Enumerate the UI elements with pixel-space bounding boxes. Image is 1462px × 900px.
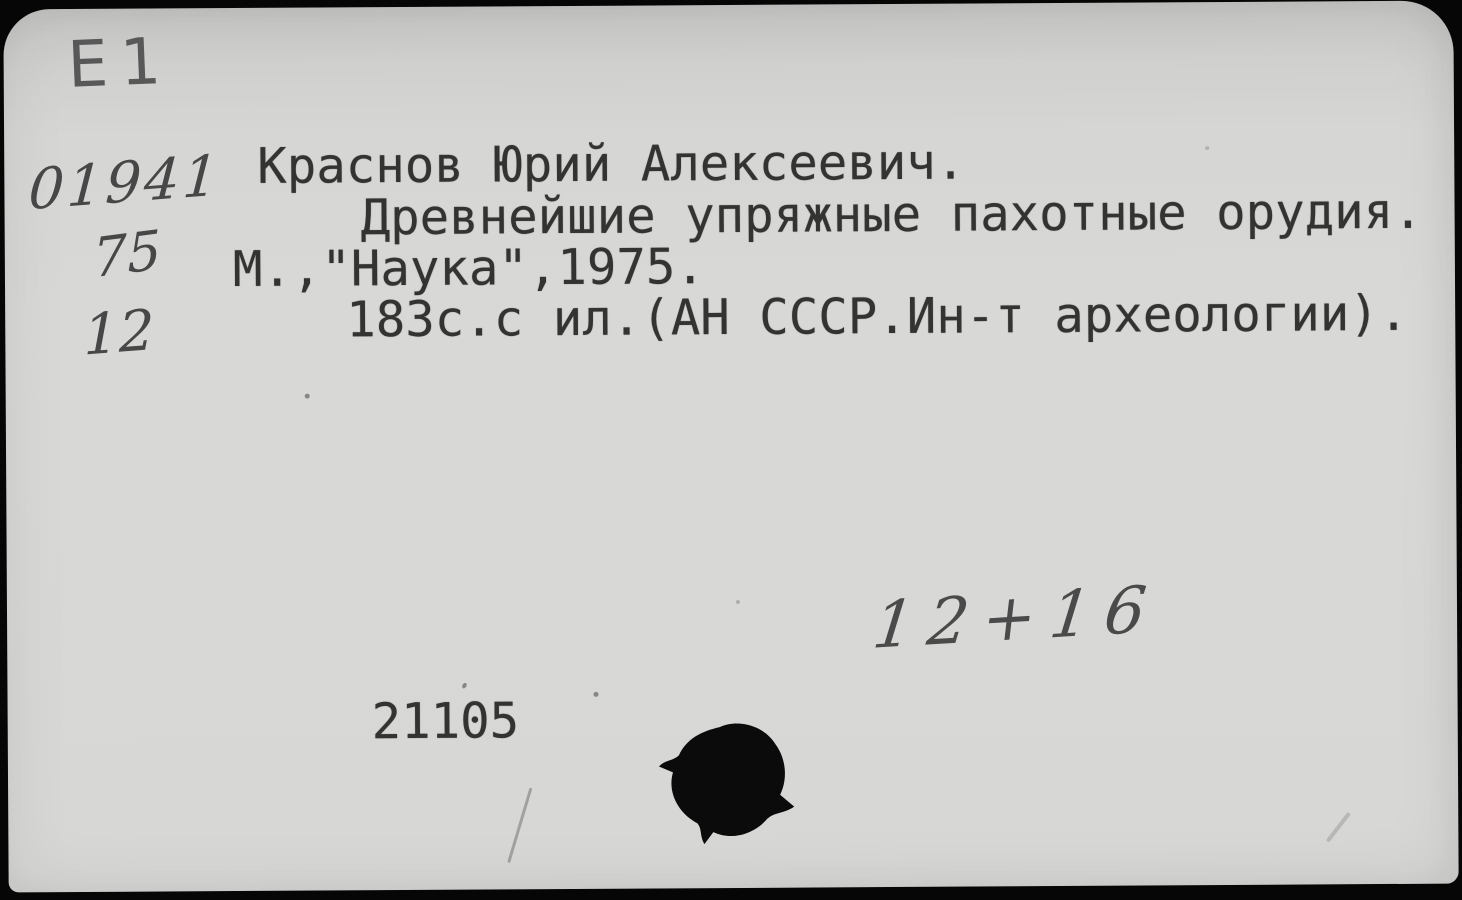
handwritten-formula: 12+16 xyxy=(869,573,1164,664)
paper-speck xyxy=(593,692,598,697)
catalog-card: Е1 01941 75 12 Краснов Юрий Алексеевич. … xyxy=(3,1,1458,893)
paper-speck xyxy=(736,600,740,604)
margin-shelf-code: 01941 xyxy=(27,143,224,223)
entry-author-line: Краснов Юрий Алексеевич. xyxy=(257,138,965,191)
faint-smudge xyxy=(1326,812,1351,843)
accession-number: 21105 xyxy=(372,696,520,746)
paper-speck xyxy=(305,394,310,399)
corner-classification-mark: Е1 xyxy=(66,25,174,103)
margin-year-code: 75 xyxy=(92,218,162,290)
scan-background: Е1 01941 75 12 Краснов Юрий Алексеевич. … xyxy=(0,0,1462,900)
stray-pen-slash xyxy=(507,788,532,864)
paper-speck xyxy=(461,682,467,689)
entry-title-line: Древнейшие упряжные пахотные орудия. xyxy=(360,187,1422,242)
ink-blot xyxy=(654,717,803,850)
paper-speck xyxy=(1205,146,1209,150)
margin-copy-code: 12 xyxy=(83,298,154,369)
entry-collation-line: 183с.с ил.(АН СССР.Ин-т археологии). xyxy=(346,289,1408,344)
entry-imprint-line: М.,"Наука",1975. xyxy=(233,242,705,294)
